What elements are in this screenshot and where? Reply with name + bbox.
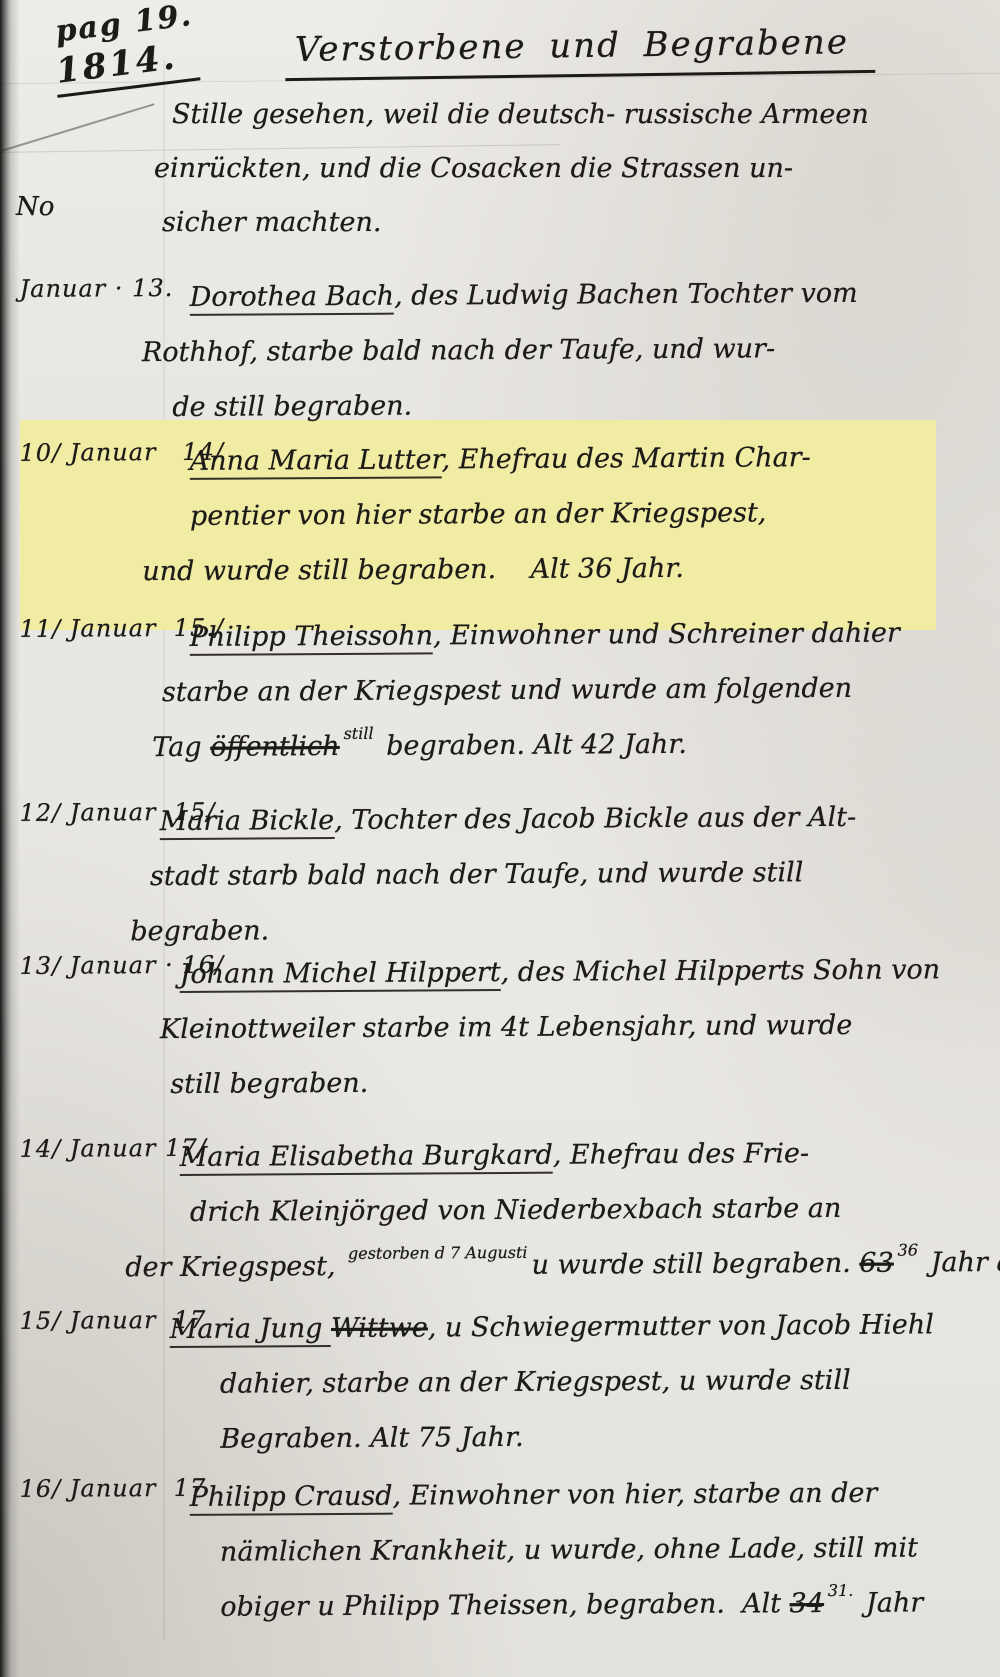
text-segment: u wurde still begraben. — [531, 1248, 859, 1281]
text-segment: öffentlich — [210, 731, 340, 763]
no-column-label: No — [16, 192, 54, 222]
entry-margin: 11/ Januar 15./ — [20, 614, 195, 643]
burial-entry: 12/ Januar 15/ Maria Bickle, Tochter des… — [0, 789, 1000, 960]
text-segment: , des Ludwig Bachen Tochter vom — [394, 278, 858, 312]
page-header-block: pag 19. 1814. — [53, 0, 200, 97]
text-segment: Kleinottweiler starbe im 4t Lebensjahr, … — [160, 1010, 852, 1045]
text-segment: obiger u Philipp Theissen, begraben. Alt — [220, 1588, 789, 1622]
entry-line: starbe an der Kriegspest und wurde am fo… — [162, 660, 976, 720]
entry-margin: 13/ Januar · 16/ — [20, 951, 195, 980]
entry-line: Maria Bickle, Tochter des Jacob Bickle a… — [160, 789, 976, 849]
entry-margin: 10/ Januar 14/ — [20, 438, 195, 467]
entry-line: und wurde still begraben. Alt 36 Jahr. — [142, 539, 976, 599]
person-name: Maria Elisabetha Burgkard — [180, 1140, 553, 1176]
person-name: Anna Maria Lutter — [190, 444, 442, 480]
entry-lines: Philipp Crausd, Einwohner von hier, star… — [190, 1465, 977, 1635]
text-segment: begraben. Alt 42 Jahr. — [378, 729, 687, 762]
entry-lines: Anna Maria Lutter, Ehefrau des Martin Ch… — [190, 429, 977, 599]
entry-line: still begraben. — [170, 1052, 976, 1112]
entry-lines: Maria Jung Wittwe, u Schwiegermutter von… — [190, 1297, 977, 1467]
entry-lines: Maria Elisabetha Burgkard, Ehefrau des F… — [190, 1125, 977, 1295]
text-segment: Begraben. Alt 75 Jahr. — [220, 1422, 523, 1455]
entry-line: Kleinottweiler starbe im 4t Lebensjahr, … — [160, 997, 976, 1057]
entry-lines: Dorothea Bach, des Ludwig Bachen Tochter… — [190, 265, 977, 435]
text-segment: , Ehefrau des Frie- — [553, 1138, 809, 1171]
entry-line: Maria Elisabetha Burgkard, Ehefrau des F… — [180, 1125, 976, 1185]
register-title: Verstorbene und Begrabene — [285, 22, 876, 81]
text-segment: nämlichen Krankheit, u wurde, ohne Lade,… — [220, 1532, 918, 1567]
text-segment: stadt starb bald nach der Taufe, und wur… — [150, 857, 804, 892]
register-page-scan: pag 19. 1814. Verstorbene und Begrabene … — [0, 0, 1000, 1677]
entry-lines: Maria Bickle, Tochter des Jacob Bickle a… — [190, 789, 977, 959]
text-segment: Jahr — [857, 1587, 923, 1618]
entry-line: Johann Michel Hilppert, des Michel Hilpp… — [180, 942, 976, 1002]
burial-entry: 10/ Januar 14/ Anna Maria Lutter, Ehefra… — [0, 429, 1000, 600]
burial-entry: 13/ Januar · 16/ Johann Michel Hilppert,… — [0, 942, 1000, 1113]
entry-line: der Kriegspest, gestorben d 7 Augustiu w… — [125, 1235, 976, 1295]
person-name: Johann Michel Hilppert — [180, 957, 501, 993]
entry-line: obiger u Philipp Theissen, begraben. Alt… — [220, 1575, 976, 1635]
entry-line: Rothhof, starbe bald nach der Taufe, und… — [142, 320, 976, 380]
burial-entries: Januar · 13. Dorothea Bach, des Ludwig B… — [0, 0, 1000, 1677]
entry-line: nämlichen Krankheit, u wurde, ohne Lade,… — [220, 1520, 976, 1580]
text-segment: 34 — [790, 1588, 825, 1619]
entry-line: Anna Maria Lutter, Ehefrau des Martin Ch… — [190, 429, 976, 489]
intro-line: einrückten, und die Cosacken die Strasse… — [154, 142, 869, 196]
intro-line: Stille gesehen, weil die deutsch- russis… — [172, 88, 869, 142]
entry-line: stadt starb bald nach der Taufe, und wur… — [150, 844, 976, 904]
entry-margin: 16/ Januar 17 — [20, 1474, 195, 1503]
entry-line: Tag öffentlichstill begraben. Alt 42 Jah… — [152, 715, 976, 775]
entry-line: Philipp Theissohn, Einwohner und Schrein… — [190, 605, 976, 665]
entry-margin: 12/ Januar 15/ — [20, 798, 195, 827]
entry-line: pentier von hier starbe an der Kriegspes… — [190, 484, 976, 544]
text-segment: 63 — [859, 1248, 894, 1279]
burial-entry: Januar · 13. Dorothea Bach, des Ludwig B… — [0, 265, 1000, 436]
text-segment: , Ehefrau des Martin Char- — [441, 442, 810, 475]
text-segment: Rothhof, starbe bald nach der Taufe, und… — [142, 333, 775, 368]
text-segment: Jahr alt. — [922, 1247, 1000, 1279]
entry-line: dahier, starbe an der Kriegspest, u wurd… — [220, 1352, 976, 1412]
text-segment: pentier von hier starbe an der Kriegspes… — [190, 497, 767, 532]
entry-margin: 15/ Januar 17 — [20, 1306, 195, 1335]
burial-entry: 15/ Januar 17 Maria Jung Wittwe, u Schwi… — [0, 1297, 1000, 1468]
text-segment: und wurde still begraben. Alt 36 Jahr. — [142, 553, 684, 587]
intro-line: sicher machten. — [162, 196, 869, 250]
text-segment: , u Schwiegermutter von Jacob Hiehl — [428, 1309, 934, 1343]
entry-line: Dorothea Bach, des Ludwig Bachen Tochter… — [190, 265, 976, 325]
burial-entry: 16/ Januar 17 Philipp Crausd, Einwohner … — [0, 1465, 1000, 1636]
text-segment: , Einwohner von hier, starbe an der — [392, 1478, 877, 1512]
entry-line: Philipp Crausd, Einwohner von hier, star… — [190, 1465, 976, 1525]
text-segment: begraben. — [130, 915, 269, 947]
text-segment: starbe an der Kriegspest und wurde am fo… — [162, 673, 852, 708]
entry-margin: Januar · 13. — [20, 274, 195, 303]
entry-lines: Philipp Theissohn, Einwohner und Schrein… — [190, 605, 977, 775]
person-name: Philipp Theissohn — [190, 620, 434, 655]
entry-line: Begraben. Alt 75 Jahr. — [220, 1407, 976, 1467]
person-name: Philipp Crausd — [190, 1481, 393, 1516]
text-segment: , Tochter des Jacob Bickle aus der Alt- — [334, 802, 856, 836]
text-segment: dahier, starbe an der Kriegspest, u wurd… — [220, 1365, 851, 1400]
intro-paragraph: Stille gesehen, weil die deutsch- russis… — [172, 88, 869, 250]
entry-lines: Johann Michel Hilppert, des Michel Hilpp… — [190, 942, 977, 1112]
entry-line: Maria Jung Wittwe, u Schwiegermutter von… — [170, 1297, 976, 1357]
entry-margin: 14/ Januar 17/ — [20, 1134, 195, 1163]
text-segment: gestorben d 7 Augusti — [348, 1253, 527, 1254]
person-name: Dorothea Bach — [190, 281, 395, 316]
text-segment: , des Michel Hilpperts Sohn von — [501, 954, 941, 988]
text-segment: Wittwe — [331, 1312, 428, 1344]
burial-entry: 11/ Januar 15./ Philipp Theissohn, Einwo… — [0, 605, 1000, 776]
text-segment: Tag — [152, 732, 210, 763]
text-segment: de still begraben. — [172, 391, 412, 423]
burial-entry: 14/ Januar 17/ Maria Elisabetha Burgkard… — [0, 1125, 1000, 1296]
text-segment: drich Kleinjörged von Niederbexbach star… — [190, 1193, 841, 1228]
text-segment: , Einwohner und Schreiner dahier — [433, 618, 900, 652]
text-segment: still begraben. — [170, 1068, 368, 1100]
text-segment: der Kriegspest, — [125, 1251, 344, 1283]
entry-line: de still begraben. — [172, 375, 976, 435]
entry-line: drich Kleinjörged von Niederbexbach star… — [190, 1180, 976, 1240]
